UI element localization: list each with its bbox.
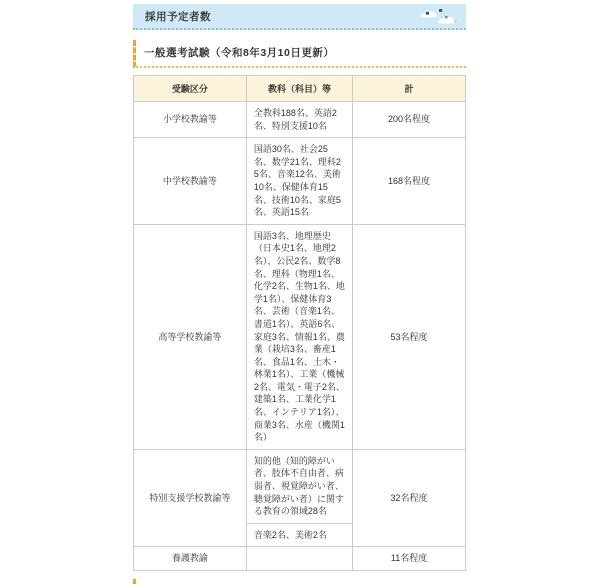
table-row: 小学校教諭等 全教科188名、英語2名、特別支援10名 200名程度	[134, 102, 466, 138]
subjects-junior-high: 国語30名、社会25名、数学21名、理科25名、音楽12名、美術10名、保健体育…	[246, 138, 352, 225]
category-high-school: 高等学校教諭等	[134, 224, 247, 400]
subjects-high-school: 国語3名、地理歴史（日本史1名、地理2名）、公民2名、数学8名、理科（物理1名、…	[246, 224, 352, 400]
column-header-exam-category: 受験区分	[134, 76, 247, 102]
table-row: 高等学校教諭等 国語3名、地理歴史（日本史1名、地理2名）、公民2名、数学8名、…	[134, 224, 466, 400]
column-header-subjects: 教科（科目）等	[246, 76, 352, 102]
content-area: 採用予定者数 一般選考試験（令和8年3月10日更新） 受験区分 教科（科目）等 …	[133, 4, 466, 400]
column-header-total: 計	[353, 76, 466, 102]
total-junior-high: 168名程度	[353, 138, 466, 225]
subjects-elementary: 全教科188名、英語2名、特別支援10名	[246, 102, 352, 138]
total-elementary: 200名程度	[353, 102, 466, 138]
clouds-decoration-icon	[418, 6, 460, 28]
table-header-row: 受験区分 教科（科目）等 計	[134, 76, 466, 102]
category-junior-high: 中学校教諭等	[134, 138, 247, 225]
table-row: 中学校教諭等 国語30名、社会25名、数学21名、理科25名、音楽12名、美術1…	[134, 138, 466, 225]
total-high-school: 53名程度	[353, 224, 466, 400]
category-elementary: 小学校教諭等	[134, 102, 247, 138]
page-title: 採用予定者数	[145, 9, 211, 24]
section-heading: 一般選考試験（令和8年3月10日更新）	[133, 40, 466, 68]
recruitment-table: 受験区分 教科（科目）等 計 小学校教諭等 全教科188名、英語2名、特別支援1…	[133, 75, 466, 400]
page-title-bar: 採用予定者数	[133, 4, 466, 30]
